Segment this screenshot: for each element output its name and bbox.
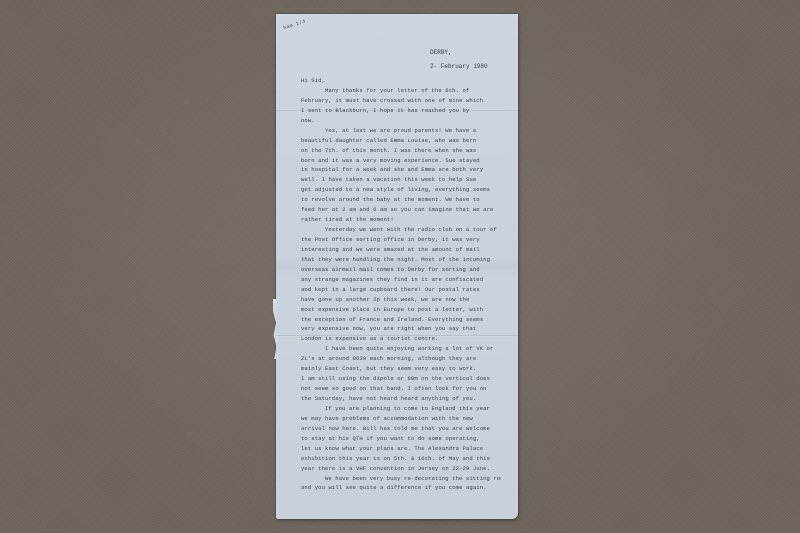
salutation: Hi Sid, bbox=[301, 76, 501, 86]
letter-line: the exception of France and Ireland. Eve… bbox=[301, 315, 501, 325]
letter-date: 2- February 1980 bbox=[430, 63, 488, 70]
letter-line: I have been quite enjoying working a lot… bbox=[301, 344, 501, 354]
letter-line: let us know what your plans are. The Ale… bbox=[301, 444, 501, 454]
letter-line: We have been very busy re-decorating the… bbox=[301, 474, 501, 484]
letter-line: overseas airmail mail comes to Derby for… bbox=[301, 265, 501, 275]
letter-line: I sent to Blackburn, I hope it has reach… bbox=[301, 106, 501, 116]
letter-line: we may have problems of accommodation wi… bbox=[301, 414, 501, 424]
letter-line: arrival now here. Bill has told me that … bbox=[301, 424, 501, 434]
letter-line: rather tired at the moment! bbox=[301, 215, 501, 225]
letter-line: Yes, at last we are proud parents! We ha… bbox=[301, 126, 501, 136]
photo-background: ham 1/4 DERBY, 2- February 1980 Hi Sid, … bbox=[0, 0, 800, 533]
letter-line: the Post Office sorting office in Derby,… bbox=[301, 235, 501, 245]
letter-body: Hi Sid, Many thanks for your letter of t… bbox=[301, 76, 501, 493]
letter-line: have gone up another 2p this week, we ar… bbox=[301, 295, 501, 305]
letter-line: get adjusted to a new style of living, e… bbox=[301, 185, 501, 195]
letter-line: feed her at 2 am and 6 am so you can ima… bbox=[301, 205, 501, 215]
letter-line: to revolve around the baby at the moment… bbox=[301, 195, 501, 205]
letter-line: February, it must have crossed with one … bbox=[301, 96, 501, 106]
letter-line: If you are planning to come to England t… bbox=[301, 404, 501, 414]
letter-line: on the 7th. of this month. I was there w… bbox=[301, 146, 501, 156]
letter-line: any strange magazines they find in it ar… bbox=[301, 275, 501, 285]
letter-line: very expensive now, you are right when y… bbox=[301, 324, 501, 334]
letter-page: ham 1/4 DERBY, 2- February 1980 Hi Sid, … bbox=[276, 14, 518, 519]
letter-line: and you will see quite a difference if y… bbox=[301, 483, 501, 493]
letter-line: interesting and we were amazed at the am… bbox=[301, 245, 501, 255]
letter-line: ZL's at around 0630 each morning, althou… bbox=[301, 354, 501, 364]
letter-line: I am still using the dipole or 80m on th… bbox=[301, 374, 501, 384]
letter-line: and kept in a large cupboard there! Our … bbox=[301, 285, 501, 295]
letter-line: Yesterday we went with the radio club on… bbox=[301, 225, 501, 235]
letter-line: not seem so good on that band. I often l… bbox=[301, 384, 501, 394]
letter-line: well. I have taken a vacation this week … bbox=[301, 175, 501, 185]
letter-line: London is expensive as a tourist centre. bbox=[301, 334, 501, 344]
letter-lines: Many thanks for your letter of the 6th. … bbox=[301, 86, 501, 493]
letter-line: that they were handling the night. Most … bbox=[301, 255, 501, 265]
letter-line: now. bbox=[301, 116, 501, 126]
sender-address: DERBY, bbox=[430, 49, 452, 56]
letter-line: in hospital for a week and she and Emma … bbox=[301, 165, 501, 175]
letter-line: Many thanks for your letter of the 6th. … bbox=[301, 86, 501, 96]
letter-line: exhibition this year is on 5th. & 16th. … bbox=[301, 454, 501, 464]
letter-line: the Saturday, have not heard heard anyth… bbox=[301, 394, 501, 404]
letter-line: year there is a VHF convention in Jersey… bbox=[301, 464, 501, 474]
letter-line: most expensive place in Europe to post a… bbox=[301, 305, 501, 315]
letter-line: beautiful daughter called Emma Louise, w… bbox=[301, 136, 501, 146]
letter-line: mainly East Coast, but they seem very ea… bbox=[301, 364, 501, 374]
reference-mark: ham 1/4 bbox=[283, 19, 307, 32]
letter-line: to stay at his QTH if you want to do som… bbox=[301, 434, 501, 444]
letter-line: born and it was a very moving experience… bbox=[301, 156, 501, 166]
